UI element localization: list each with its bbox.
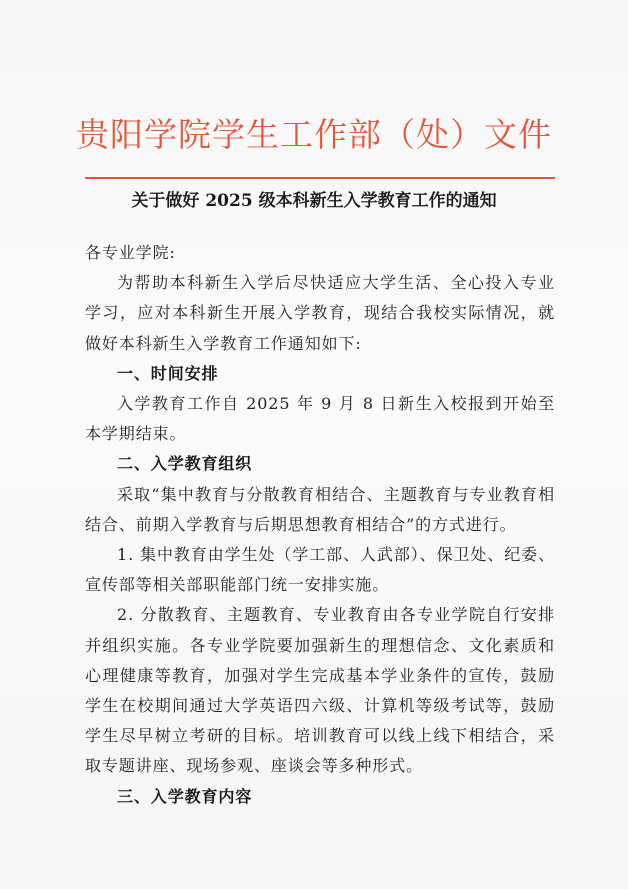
issuer-header-title: 贵阳学院学生工作部（处）文件 — [0, 115, 628, 155]
document-body: 各专业学院: 为帮助本科新生入学后尽快适应大学生活、全心投入专业学习，应对本科新… — [85, 238, 555, 812]
section-paragraph: 2. 分散教育、主题教育、专业教育由各专业学院自行安排并组织实施。各专业学院要加… — [85, 600, 555, 781]
salutation: 各专业学院: — [85, 238, 555, 268]
red-header-divider — [85, 177, 555, 179]
section-paragraph: 入学教育工作自 2025 年 9 月 8 日新生入校报到开始至本学期结束。 — [85, 389, 555, 449]
section-paragraph: 1. 集中教育由学生处（学工部、人武部）、保卫处、纪委、宣传部等相关部职能部门统… — [85, 540, 555, 600]
document-page: 贵阳学院学生工作部（处）文件 关于做好 2025 级本科新生入学教育工作的通知 … — [0, 0, 628, 889]
section-heading-schedule: 一、时间安排 — [85, 359, 555, 389]
section-heading-content: 三、入学教育内容 — [85, 782, 555, 812]
section-heading-organization: 二、入学教育组织 — [85, 449, 555, 479]
document-title: 关于做好 2025 级本科新生入学教育工作的通知 — [0, 188, 628, 214]
intro-paragraph: 为帮助本科新生入学后尽快适应大学生活、全心投入专业学习，应对本科新生开展入学教育… — [85, 268, 555, 359]
section-paragraph: 采取“集中教育与分散教育相结合、主题教育与专业教育相结合、前期入学教育与后期思想… — [85, 480, 555, 540]
